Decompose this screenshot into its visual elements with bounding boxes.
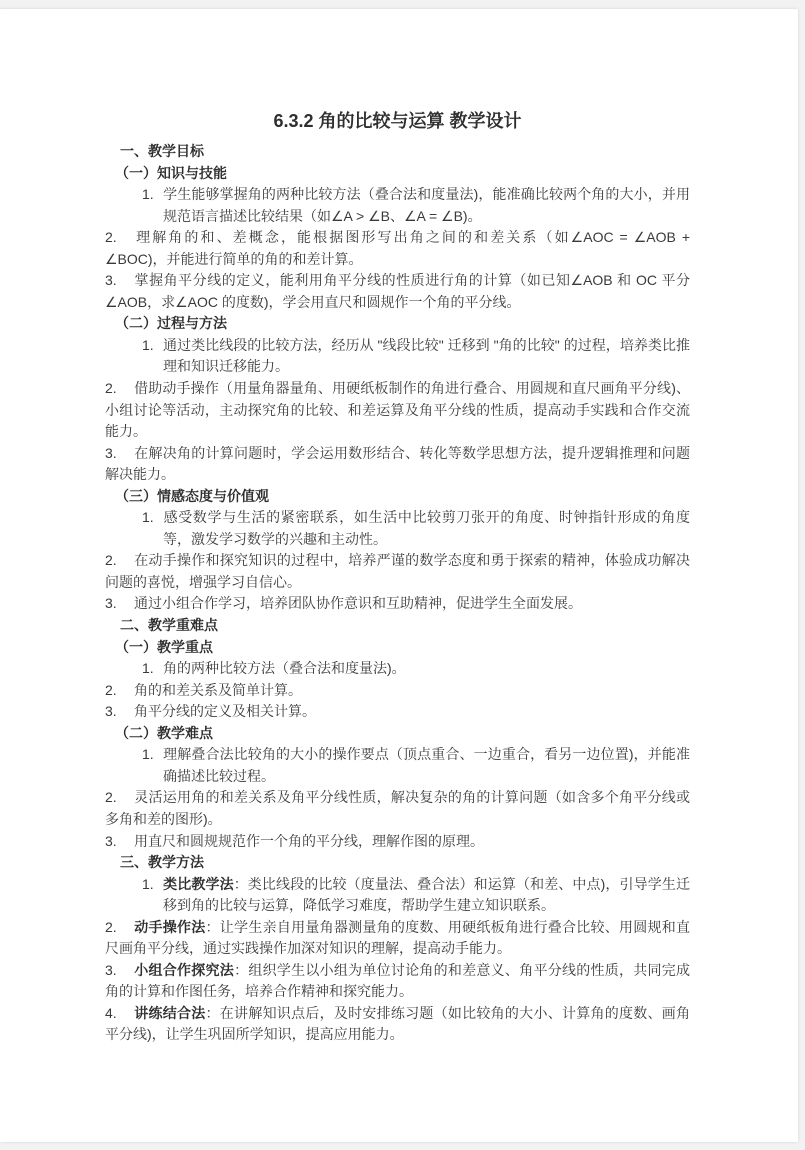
list-number: 1. <box>142 335 163 357</box>
document-canvas: 6.3.2 角的比较与运算 教学设计 一、教学目标（一）知识与技能1.学生能够掌… <box>0 0 805 1150</box>
subsection-heading: （一）知识与技能 <box>105 163 690 185</box>
list-number: 1. <box>142 874 163 896</box>
list-item: 1.理解叠合法比较角的大小的操作要点（顶点重合、一边重合，看另一边位置)，并能准… <box>105 744 690 787</box>
list-number: 2. <box>105 227 134 249</box>
paragraph: 2.动手操作法：让学生亲自用量角器测量角的度数、用硬纸板角进行叠合比较、用圆规和… <box>105 917 690 960</box>
paragraph: 3.掌握角平分线的定义，能利用角平分线的性质进行角的计算（如已知∠AOB 和 O… <box>105 270 690 313</box>
section-heading: 二、教学重难点 <box>105 615 690 637</box>
method-label: 讲练结合法 <box>134 1005 206 1021</box>
paragraph: 3.角平分线的定义及相关计算。 <box>105 701 690 723</box>
subsection-heading: （三）情感态度与价值观 <box>105 486 690 508</box>
method-label: 动手操作法 <box>134 919 206 935</box>
paragraph: 2.角的和差关系及简单计算。 <box>105 680 690 702</box>
list-number: 1. <box>142 507 163 529</box>
subsection-heading: （二）过程与方法 <box>105 313 690 335</box>
paragraph: 2.借助动手操作（用量角器量角、用硬纸板制作的角进行叠合、用圆规和直尺画角平分线… <box>105 378 690 443</box>
subsection-heading: （一）教学重点 <box>105 637 690 659</box>
list-item: 1.通过类比线段的比较方法，经历从 "线段比较" 迁移到 "角的比较" 的过程，… <box>105 335 690 378</box>
list-number: 2. <box>105 917 134 939</box>
list-number: 3. <box>105 831 134 853</box>
method-label: 小组合作探究法 <box>134 962 234 978</box>
paragraph: 3.用直尺和圆规规范作一个角的平分线，理解作图的原理。 <box>105 831 690 853</box>
list-number: 3. <box>105 270 134 292</box>
section-heading: 一、教学目标 <box>105 141 690 163</box>
list-number: 2. <box>105 550 134 572</box>
page-title: 6.3.2 角的比较与运算 教学设计 <box>105 108 690 134</box>
list-number: 3. <box>105 443 134 465</box>
list-number: 2. <box>105 787 134 809</box>
section-heading: 三、教学方法 <box>105 852 690 874</box>
document-body: 一、教学目标（一）知识与技能1.学生能够掌握角的两种比较方法（叠合法和度量法)，… <box>105 141 690 1046</box>
list-number: 3. <box>105 701 134 723</box>
document-content: 6.3.2 角的比较与运算 教学设计 一、教学目标（一）知识与技能1.学生能够掌… <box>105 108 690 1046</box>
paragraph: 3.通过小组合作学习，培养团队协作意识和互助精神，促进学生全面发展。 <box>105 593 690 615</box>
list-number: 2. <box>105 680 134 702</box>
document-page: 6.3.2 角的比较与运算 教学设计 一、教学目标（一）知识与技能1.学生能够掌… <box>0 9 798 1142</box>
paragraph: 3.小组合作探究法：组织学生以小组为单位讨论角的和差意义、角平分线的性质，共同完… <box>105 960 690 1003</box>
paragraph: 3.在解决角的计算问题时，学会运用数形结合、转化等数学思想方法，提升逻辑推理和问… <box>105 443 690 486</box>
list-number: 1. <box>142 184 163 206</box>
paragraph: 2.理解角的和、差概念，能根据图形写出角之间的和差关系（如∠AOC = ∠AOB… <box>105 227 690 270</box>
list-item: 1.学生能够掌握角的两种比较方法（叠合法和度量法)，能准确比较两个角的大小，并用… <box>105 184 690 227</box>
paragraph: 2.在动手操作和探究知识的过程中，培养严谨的数学态度和勇于探索的精神，体验成功解… <box>105 550 690 593</box>
paragraph: 4.讲练结合法：在讲解知识点后，及时安排练习题（如比较角的大小、计算角的度数、画… <box>105 1003 690 1046</box>
method-label: 类比教学法 <box>163 876 234 892</box>
list-number: 4. <box>105 1003 134 1025</box>
list-item: 1.感受数学与生活的紧密联系，如生活中比较剪刀张开的角度、时钟指针形成的角度等，… <box>105 507 690 550</box>
list-number: 1. <box>142 658 163 680</box>
paragraph: 2.灵活运用角的和差关系及角平分线性质，解决复杂的角的计算问题（如含多个角平分线… <box>105 787 690 830</box>
subsection-heading: （二）教学难点 <box>105 723 690 745</box>
list-item: 1.类比教学法：类比线段的比较（度量法、叠合法）和运算（和差、中点)，引导学生迁… <box>105 874 690 917</box>
list-item: 1.角的两种比较方法（叠合法和度量法)。 <box>105 658 690 680</box>
list-number: 2. <box>105 378 134 400</box>
list-number: 3. <box>105 960 134 982</box>
list-number: 3. <box>105 593 134 615</box>
list-number: 1. <box>142 744 163 766</box>
